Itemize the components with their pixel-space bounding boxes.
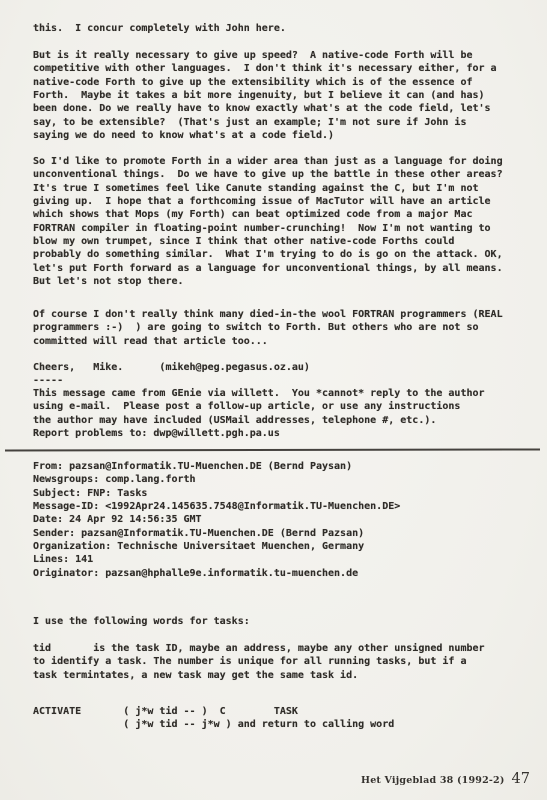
section-divider [5, 448, 540, 451]
tid-definition: tid is the task ID, maybe an address, ma… [33, 642, 485, 682]
page-footer: Het Vijgeblad 38 (1992-2) 47 [361, 771, 530, 787]
page-number: 47 [512, 771, 530, 787]
paragraph-promote-forth: So I'd like to promote Forth in a wider … [33, 155, 503, 288]
journal-title: Het Vijgeblad 38 (1992-2) [361, 775, 505, 786]
paragraph-fortran-programmers: Of course I don't really think many died… [33, 308, 503, 348]
paragraph-speed: But is it really necessary to give up sp… [33, 49, 497, 142]
document-page: this. I concur completely with John here… [0, 0, 547, 800]
news-headers: From: pazsan@Informatik.TU-Muenchen.DE (… [33, 460, 400, 580]
tasks-intro: I use the following words for tasks: [33, 615, 250, 628]
signature-dashes: ----- [33, 374, 63, 387]
signature-line: Cheers, Mike. (mikeh@peg.pegasus.oz.au) [33, 361, 310, 374]
activate-definition: ACTIVATE ( j*w tid -- ) C TASK ( j*w tid… [33, 705, 394, 732]
opening-line: this. I concur completely with John here… [33, 22, 286, 35]
genie-disclaimer: This message came from GEnie via willett… [33, 387, 485, 440]
